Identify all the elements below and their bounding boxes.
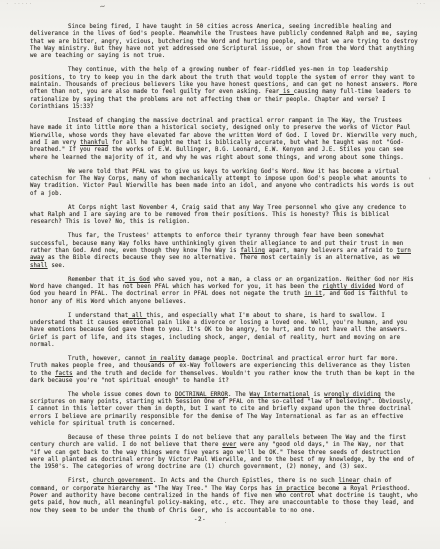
page-number: -2-	[0, 516, 400, 523]
paragraph: Remember that it is God who saved you, n…	[30, 277, 418, 306]
paragraph: Since being fired, I have taught in 50 c…	[30, 24, 418, 61]
scan-artifact: '	[428, 178, 432, 183]
paragraph: Thus far, the Trustees' attempts to enfo…	[30, 233, 418, 270]
scan-artifact: .	[224, 520, 227, 525]
paragraph: The whole issue comes down to DOCTRINAL …	[30, 392, 418, 429]
paragraph: Truth, however, cannot in reality damage…	[30, 356, 418, 385]
scan-artifact: · ·····	[6, 1, 33, 6]
paragraph: I understand that all this, and especial…	[30, 313, 418, 350]
letter-page: Since being fired, I have taught in 50 c…	[0, 0, 440, 549]
paragraph: They continue, with the help of a growin…	[30, 67, 418, 111]
paragraph: We were told that PFAL was to give us ke…	[30, 169, 418, 198]
scan-artifact: ~	[100, 5, 106, 11]
paragraph: Instead of changing the massive doctrina…	[30, 118, 418, 162]
scan-artifact: : · ·	[348, 492, 378, 497]
scan-artifact: ···	[416, 1, 426, 6]
paragraph: At Corps night last November 4, Craig sa…	[30, 205, 418, 227]
paragraph: Because of these three points I do not b…	[30, 435, 418, 472]
scan-artifact: · ··	[266, 508, 294, 513]
